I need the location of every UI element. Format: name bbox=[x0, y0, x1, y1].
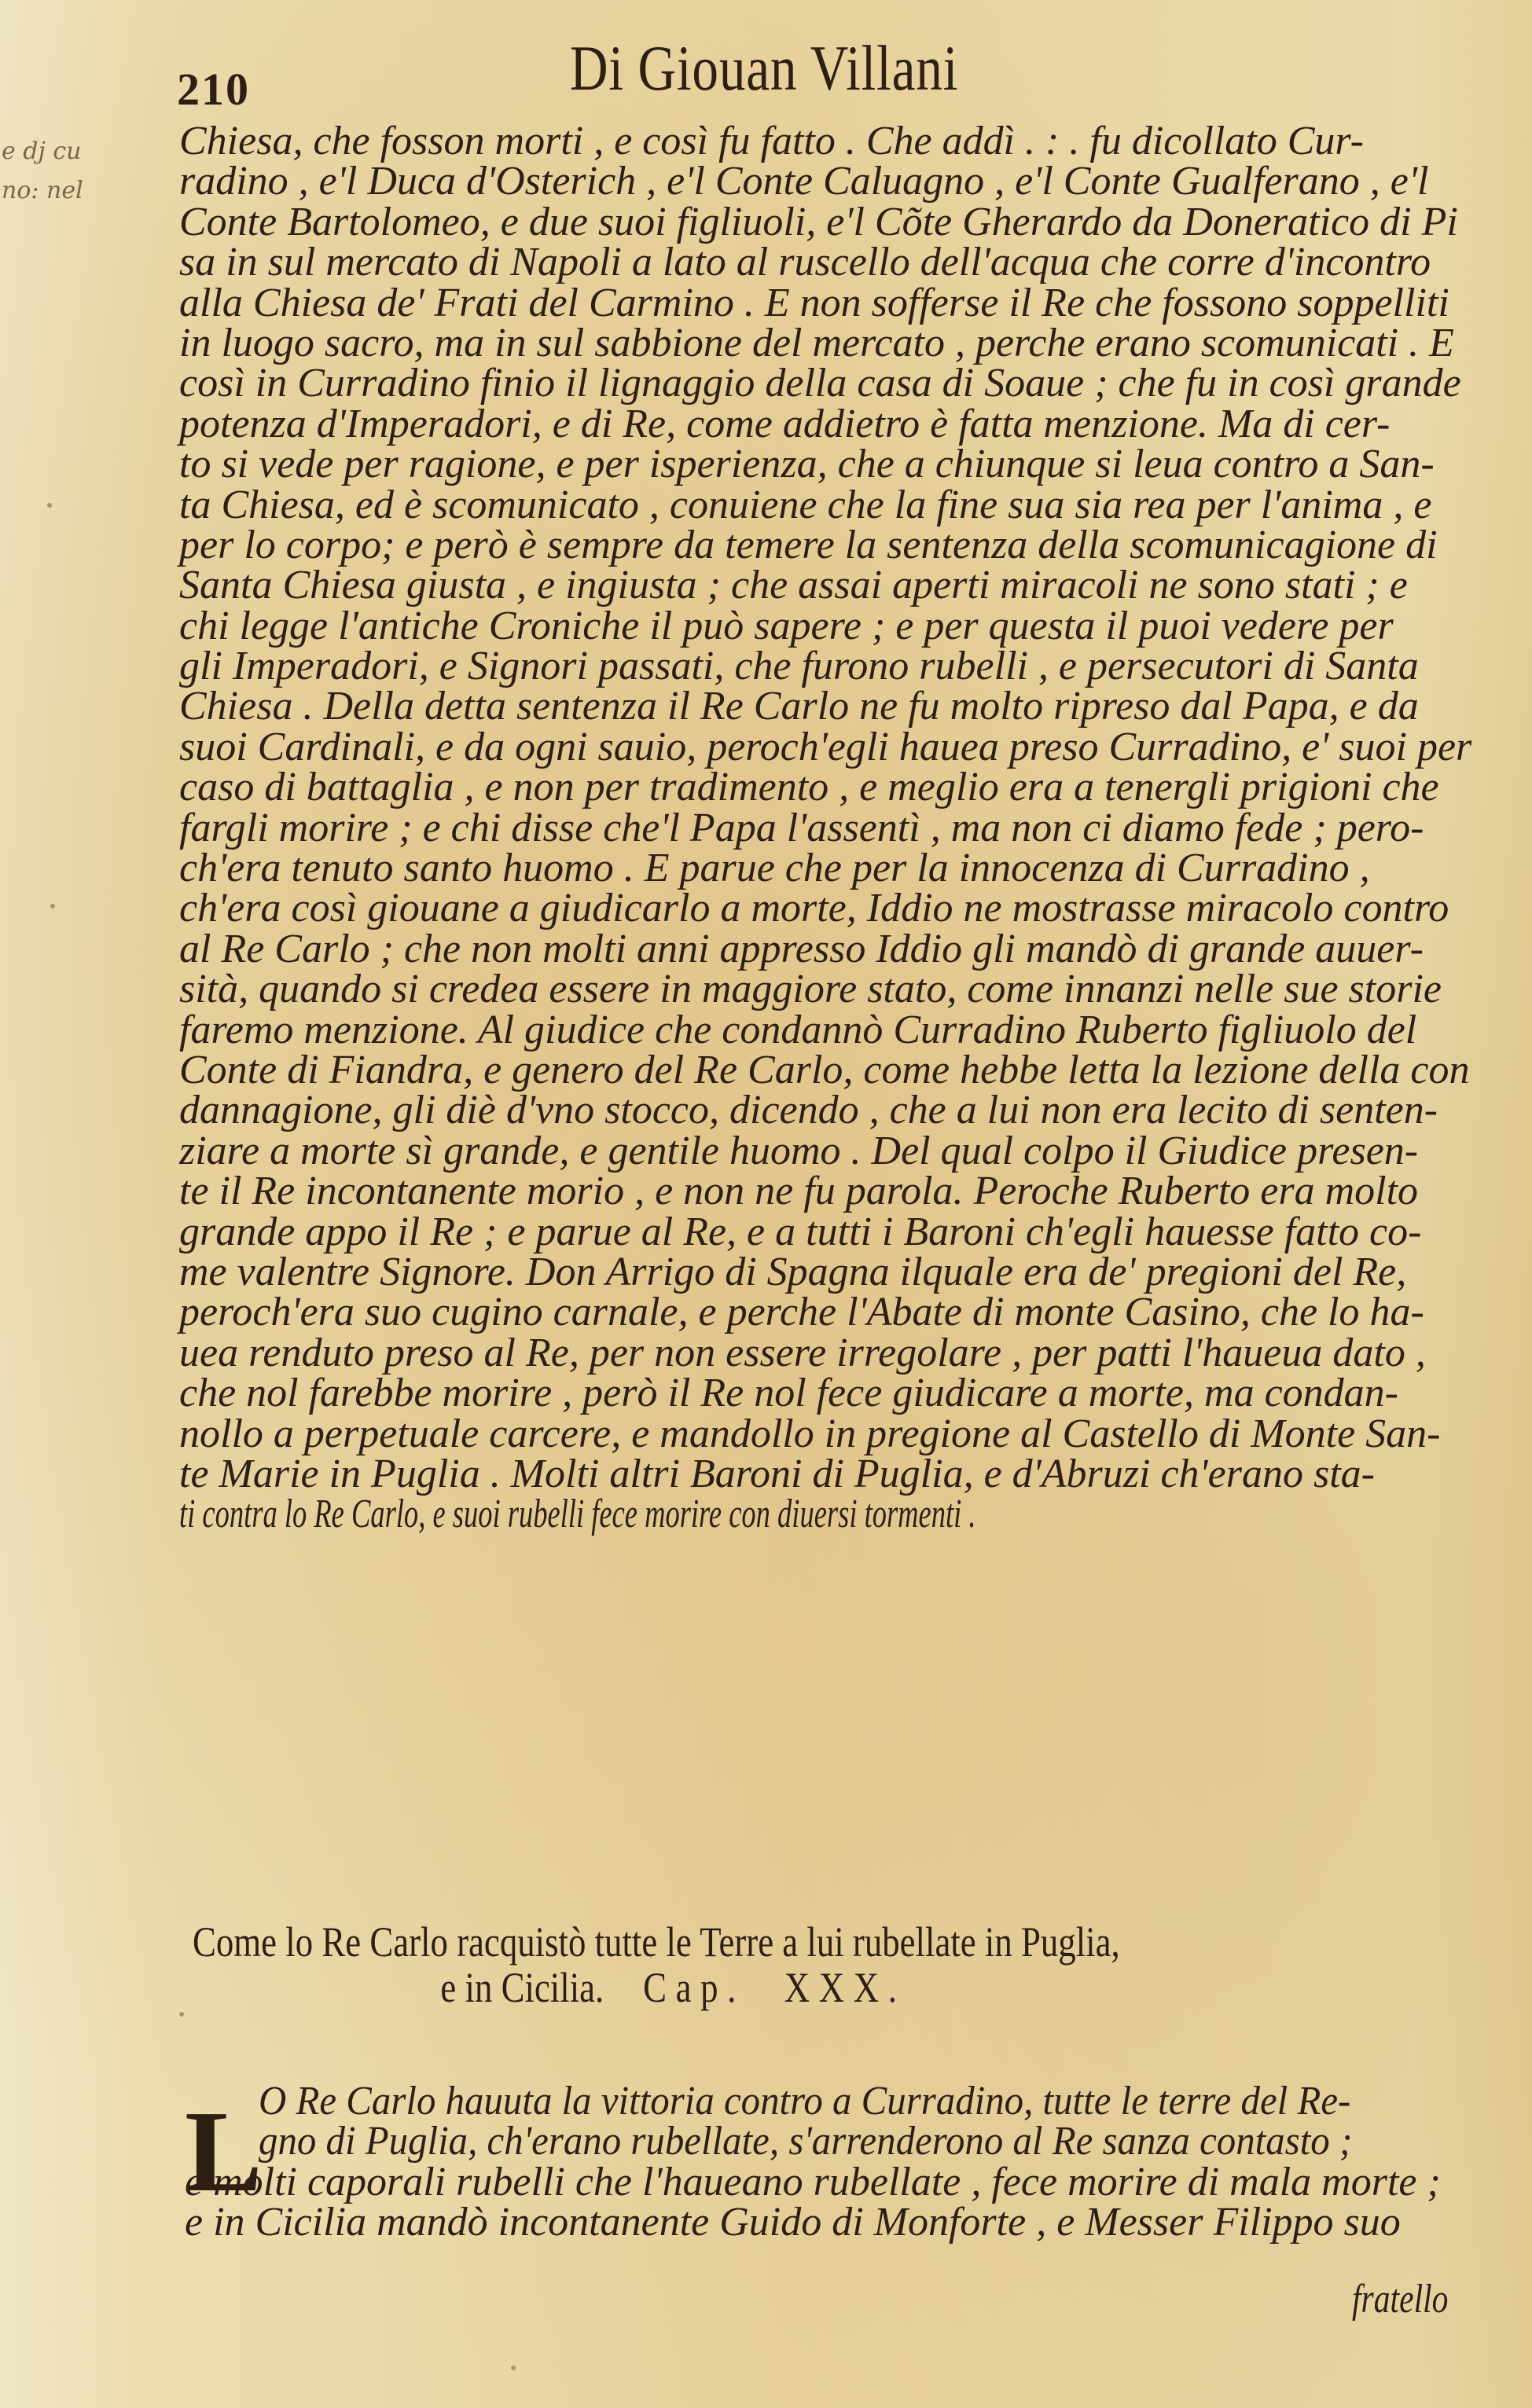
catchword: fratello bbox=[1352, 2276, 1448, 2322]
text-line: te il Re incontanente morio , e non ne f… bbox=[179, 1171, 1500, 1211]
chapter-label: Cap. bbox=[643, 1964, 745, 2011]
text-line: Chiesa . Della detta sentenza il Re Carl… bbox=[179, 686, 1500, 726]
text-line: alla Chiesa de' Frati del Carmino . E no… bbox=[179, 283, 1500, 323]
body-text: Chiesa, che fosson morti , e così fu fat… bbox=[179, 121, 1500, 1535]
text-line: ti contra lo Re Carlo, e suoi rubelli fe… bbox=[179, 1494, 1106, 1534]
text-line: suoi Cardinali, e da ogni sauio, peroch'… bbox=[179, 727, 1500, 767]
paper-speck bbox=[511, 2366, 516, 2370]
text-line: O Re Carlo hauuta la vittoria contro a C… bbox=[185, 2081, 1426, 2121]
book-page: 210 Di Giouan Villani e dj cu no: nel Ch… bbox=[0, 0, 1532, 2408]
text-line: dannagione, gli diè d'vno stocco, dicend… bbox=[179, 1090, 1500, 1130]
paper-speck bbox=[179, 2012, 184, 2017]
text-line: chi legge l'antiche Croniche il può sape… bbox=[179, 606, 1500, 646]
text-line: to si vede per ragione, e per isperienza… bbox=[179, 444, 1500, 484]
text-line: per lo corpo; e però è sempre da temere … bbox=[179, 525, 1500, 565]
margin-note-line: no: nel bbox=[2, 171, 143, 211]
text-line: te Marie in Puglia . Molti altri Baroni … bbox=[179, 1454, 1500, 1494]
text-line: nollo a perpetuale carcere, e mandollo i… bbox=[179, 1414, 1500, 1454]
text-line: che nol farebbe morire , però il Re nol … bbox=[179, 1373, 1500, 1413]
text-line: uea renduto preso al Re, per non essere … bbox=[179, 1333, 1500, 1373]
text-line: ziare a morte sì grande, e gentile huomo… bbox=[179, 1131, 1500, 1171]
text-line: caso di battaglia , e non per tradimento… bbox=[179, 767, 1500, 807]
chapter-heading-place: e in Cicilia. bbox=[440, 1964, 604, 2011]
text-line: peroch'era suo cugino carnale, e perche … bbox=[179, 1292, 1500, 1332]
chapter-heading-line-2: e in Cicilia.Cap.XXX. bbox=[193, 1965, 1269, 2010]
text-line: così in Curradino finio il lignaggio del… bbox=[179, 363, 1500, 403]
text-line: grande appo il Re ; e parue al Re, e a t… bbox=[179, 1212, 1500, 1252]
chapter-text: L O Re Carlo hauuta la vittoria contro a… bbox=[185, 2081, 1505, 2243]
chapter-heading-line-1: Come lo Re Carlo racquistò tutte le Terr… bbox=[193, 1919, 1269, 1965]
chapter-number: XXX. bbox=[784, 1964, 906, 2011]
margin-note-line: e dj cu bbox=[2, 132, 143, 171]
text-line: sa in sul mercato di Napoli a lato al ru… bbox=[179, 242, 1500, 282]
text-line: fargli morire ; e chi disse che'l Papa l… bbox=[179, 808, 1500, 848]
text-line: Chiesa, che fosson morti , e così fu fat… bbox=[179, 121, 1500, 161]
page-number: 210 bbox=[177, 63, 250, 116]
text-line: Santa Chiesa giusta , e ingiusta ; che a… bbox=[179, 565, 1500, 605]
text-line: sità, quando si credea essere in maggior… bbox=[179, 969, 1500, 1009]
text-line: faremo menzione. Al giudice che condannò… bbox=[179, 1010, 1500, 1050]
text-line: ta Chiesa, ed è scomunicato , conuiene c… bbox=[179, 485, 1500, 525]
text-line: in luogo sacro, ma in sul sabbione del m… bbox=[179, 323, 1500, 363]
text-line: gno di Puglia, ch'erano rubellate, s'arr… bbox=[185, 2121, 1426, 2161]
paper-speck bbox=[50, 904, 55, 909]
book-title: Di Giouan Villani bbox=[570, 31, 958, 105]
text-line: me valentre Signore. Don Arrigo di Spagn… bbox=[179, 1252, 1500, 1292]
paper-speck bbox=[47, 503, 52, 508]
text-line: Conte di Fiandra, e genero del Re Carlo,… bbox=[179, 1050, 1500, 1090]
text-line: ch'era così giouane a giudicarlo a morte… bbox=[179, 888, 1500, 928]
text-line: radino , e'l Duca d'Osterich , e'l Conte… bbox=[179, 161, 1500, 201]
text-line: al Re Carlo ; che non molti anni appress… bbox=[179, 929, 1500, 969]
text-line: e in Cicilia mandò incontanente Guido di… bbox=[185, 2202, 1505, 2242]
text-line: Conte Bartolomeo, e due suoi figliuoli, … bbox=[179, 202, 1500, 242]
chapter-heading: Come lo Re Carlo racquistò tutte le Terr… bbox=[193, 1919, 1490, 2010]
handwritten-margin-note: e dj cu no: nel bbox=[2, 132, 143, 211]
text-line: potenza d'Imperadori, e di Re, come addi… bbox=[179, 404, 1500, 444]
text-line: ch'era tenuto santo huomo . E parue che … bbox=[179, 848, 1500, 888]
text-line: gli Imperadori, e Signori passati, che f… bbox=[179, 646, 1500, 686]
running-header: 210 Di Giouan Villani bbox=[177, 31, 1513, 118]
text-line: e molti caporali rubelli che l'haueano r… bbox=[185, 2162, 1505, 2202]
